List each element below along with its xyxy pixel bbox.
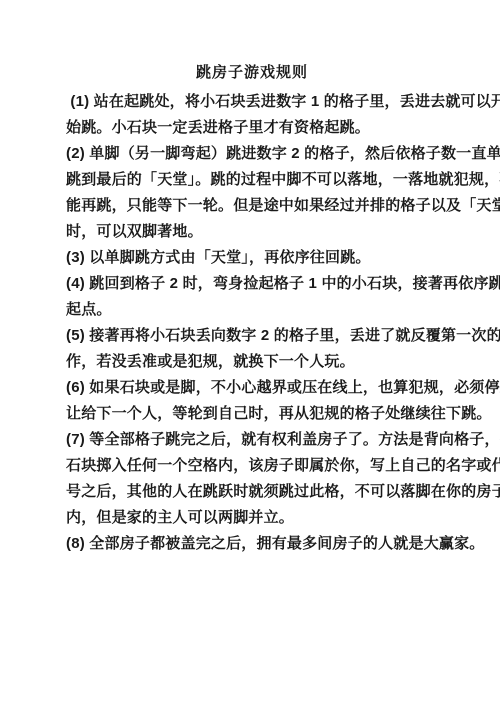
text-line: (5) 接著再将小石块丢向数字 2 的格子里，丢进了就反覆第一次的动	[66, 323, 446, 349]
text-line: (8) 全部房子都被盖完之后，拥有最多间房子的人就是大赢家。	[66, 531, 446, 557]
text-line: 石块掷入任何一个空格内，该房子即属於你，写上自己的名字或代	[66, 453, 446, 479]
document-body: (1) 站在起跳处，将小石块丢进数字 1 的格子里，丢进去就可以开始跳。小石块一…	[66, 89, 446, 557]
text-line: (3) 以单脚跳方式由「天堂」，再依序往回跳。	[66, 245, 446, 271]
document-page: 跳房子游戏规则 (1) 站在起跳处，将小石块丢进数字 1 的格子里，丢进去就可以…	[0, 0, 500, 708]
text-line: 让给下一个人，等轮到自己时，再从犯规的格子处继续往下跳。	[66, 401, 446, 427]
text-line: 起点。	[66, 297, 446, 323]
text-line: 始跳。小石块一定丢进格子里才有资格起跳。	[66, 115, 446, 141]
text-line: 内，但是家的主人可以两脚并立。	[66, 505, 446, 531]
text-line: (7) 等全部格子跳完之后，就有权利盖房子了。方法是背向格子，把	[66, 427, 446, 453]
text-line: 跳到最后的「天堂」。跳的过程中脚不可以落地，一落地就犯规，不	[66, 167, 446, 193]
text-line: (6) 如果石块或是脚，不小心越界或压在线上，也算犯规，必须停跳，	[66, 375, 446, 401]
text-line: (4) 跳回到格子 2 时，弯身捡起格子 1 中的小石块，接著再依序跳回	[66, 271, 446, 297]
text-line: 作，若没丢准或是犯规，就换下一个人玩。	[66, 349, 446, 375]
text-line: 号之后，其他的人在跳跃时就须跳过此格，不可以落脚在你的房子	[66, 479, 446, 505]
text-line: 能再跳，只能等下一轮。但是途中如果经过并排的格子以及「天堂」	[66, 193, 446, 219]
text-line: (1) 站在起跳处，将小石块丢进数字 1 的格子里，丢进去就可以开	[66, 89, 446, 115]
document-title: 跳房子游戏规则	[66, 60, 438, 86]
text-line: (2) 单脚（另一脚弯起）跳进数字 2 的格子，然后依格子数一直单脚	[66, 141, 446, 167]
text-line: 时，可以双脚著地。	[66, 219, 446, 245]
